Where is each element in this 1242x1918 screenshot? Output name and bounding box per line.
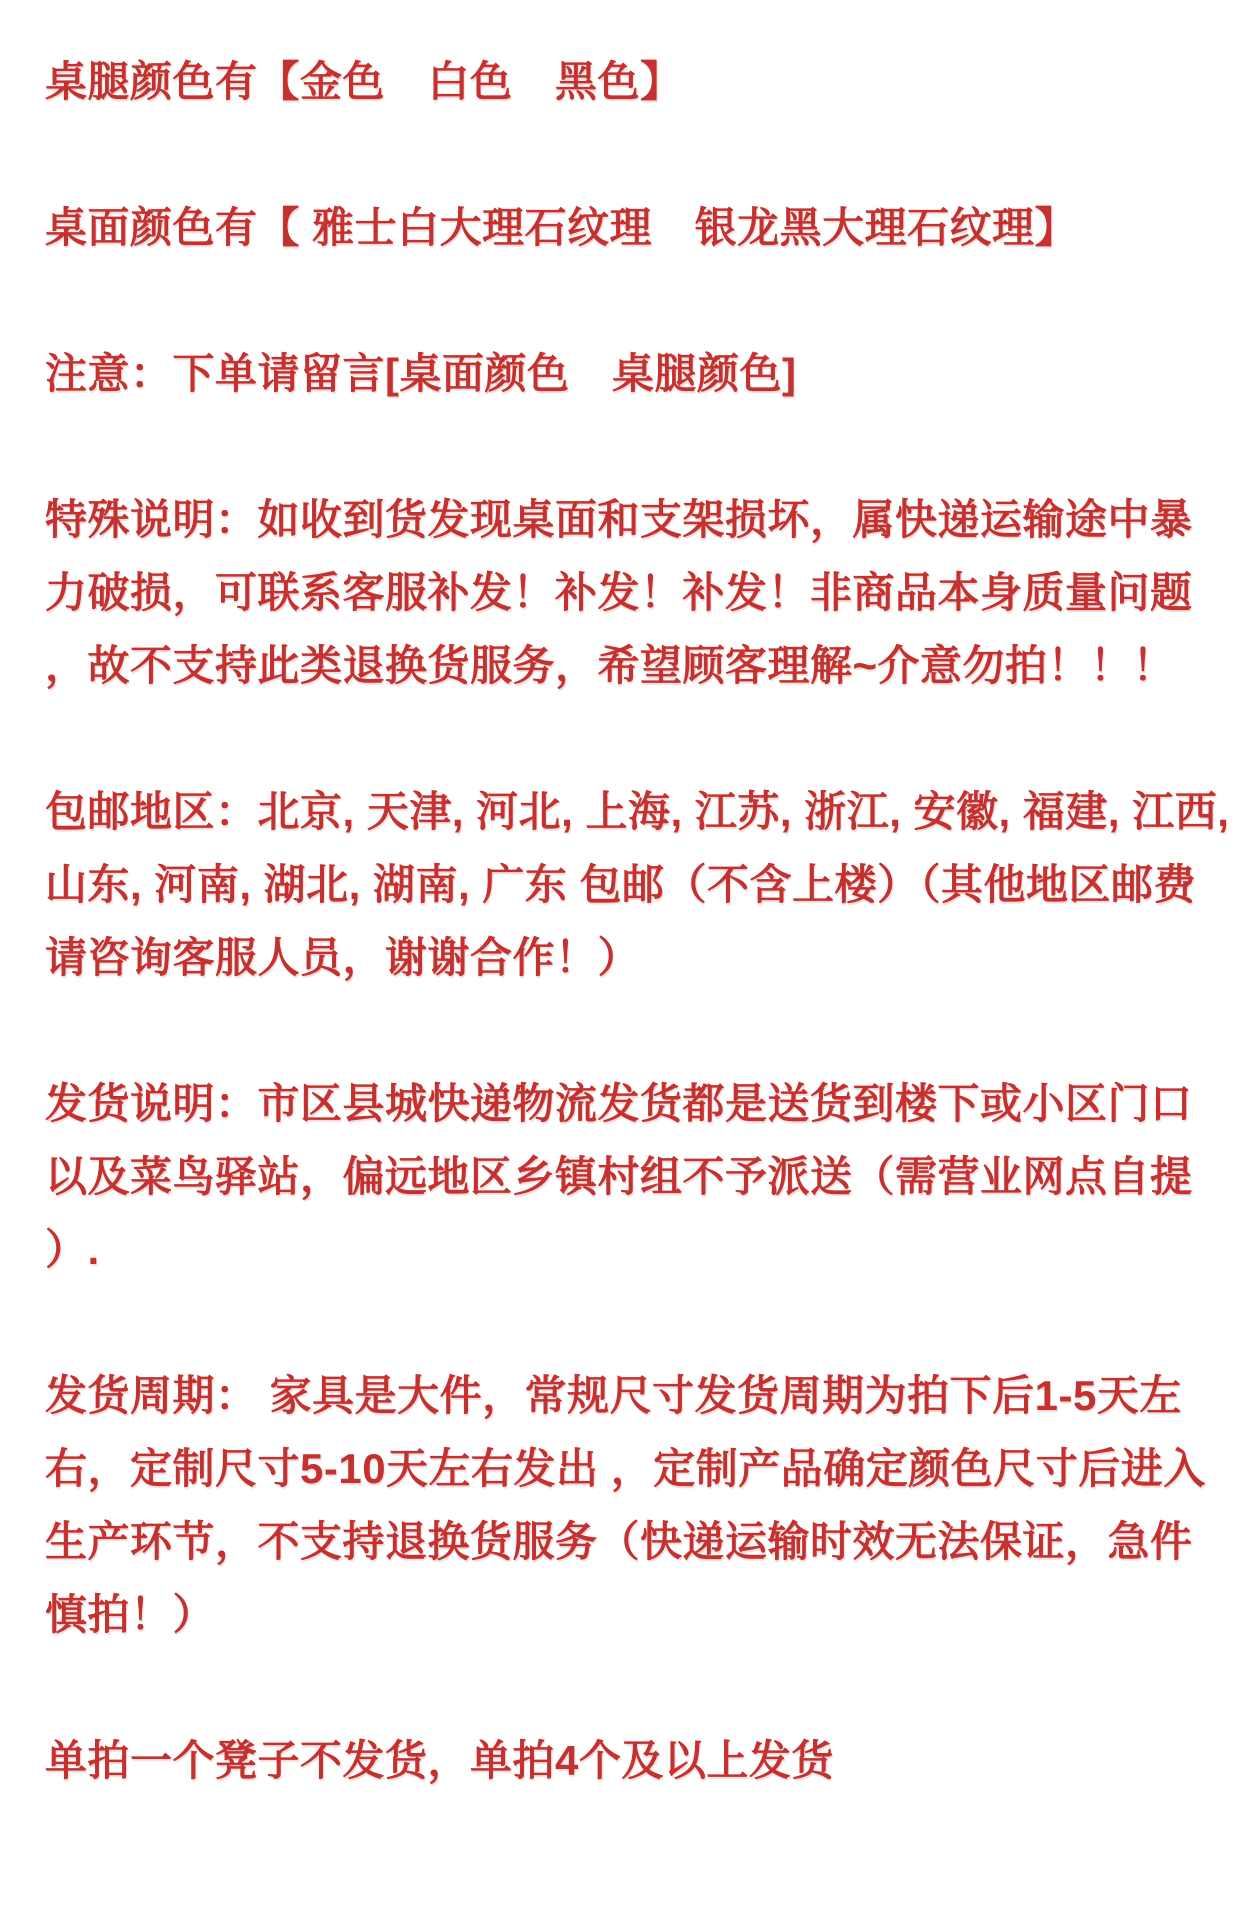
text-line: ）. bbox=[45, 1213, 1200, 1286]
text-line: 单拍一个凳子不发货，单拍4个及以上发货 bbox=[45, 1724, 1200, 1797]
text-line: 力破损，可联系客服补发！补发！补发！非商品本身质量问题 bbox=[45, 556, 1200, 629]
text-line: 请咨询客服人员，谢谢合作！） bbox=[45, 921, 1200, 994]
text-line: 注意：下单请留言[桌面颜色 桌腿颜色] bbox=[45, 337, 1200, 410]
text-line: 桌腿颜色有【金色 白色 黑色】 bbox=[45, 45, 1200, 118]
text-line: ，故不支持此类退换货服务，希望顾客理解~介意勿拍！！！ bbox=[45, 629, 1200, 702]
text-line: 右，定制尺寸5-10天左右发出 ，定制产品确定颜色尺寸后进入 bbox=[45, 1432, 1200, 1505]
text-line: 山东, 河南, 湖北, 湖南, 广东 包邮（不含上楼）（其他地区邮费 bbox=[45, 848, 1200, 921]
product-notes-image: 桌腿颜色有【金色 白色 黑色】 桌面颜色有【 雅士白大理石纹理 银龙黑大理石纹理… bbox=[0, 0, 1242, 1918]
text-line: 慎拍！） bbox=[45, 1578, 1200, 1651]
text-line: 以及菜鸟驿站，偏远地区乡镇村组不予派送（需营业网点自提 bbox=[45, 1140, 1200, 1213]
text-line: 发货周期： 家具是大件，常规尺寸发货周期为拍下后1-5天左 bbox=[45, 1359, 1200, 1432]
paragraph-stool-minimum-order: 单拍一个凳子不发货，单拍4个及以上发货 bbox=[45, 1724, 1200, 1797]
paragraph-free-shipping-regions: 包邮地区：北京, 天津, 河北, 上海, 江苏, 浙江, 安徽, 福建, 江西,… bbox=[45, 775, 1200, 994]
text-line: 桌面颜色有【 雅士白大理石纹理 银龙黑大理石纹理】 bbox=[45, 191, 1200, 264]
paragraph-special-instructions: 特殊说明：如收到货发现桌面和支架损坏，属快递运输途中暴 力破损，可联系客服补发！… bbox=[45, 483, 1200, 702]
paragraph-delivery-instructions: 发货说明：市区县城快递物流发货都是送货到楼下或小区门口 以及菜鸟驿站，偏远地区乡… bbox=[45, 1067, 1200, 1286]
text-line: 特殊说明：如收到货发现桌面和支架损坏，属快递运输途中暴 bbox=[45, 483, 1200, 556]
text-line: 包邮地区：北京, 天津, 河北, 上海, 江苏, 浙江, 安徽, 福建, 江西, bbox=[45, 775, 1200, 848]
text-line: 发货说明：市区县城快递物流发货都是送货到楼下或小区门口 bbox=[45, 1067, 1200, 1140]
paragraph-tabletop-color-options: 桌面颜色有【 雅士白大理石纹理 银龙黑大理石纹理】 bbox=[45, 191, 1200, 264]
paragraph-leg-color-options: 桌腿颜色有【金色 白色 黑色】 bbox=[45, 45, 1200, 118]
paragraph-delivery-cycle: 发货周期： 家具是大件，常规尺寸发货周期为拍下后1-5天左 右，定制尺寸5-10… bbox=[45, 1359, 1200, 1651]
paragraph-order-message-note: 注意：下单请留言[桌面颜色 桌腿颜色] bbox=[45, 337, 1200, 410]
text-line: 生产环节，不支持退换货服务（快递运输时效无法保证，急件 bbox=[45, 1505, 1200, 1578]
